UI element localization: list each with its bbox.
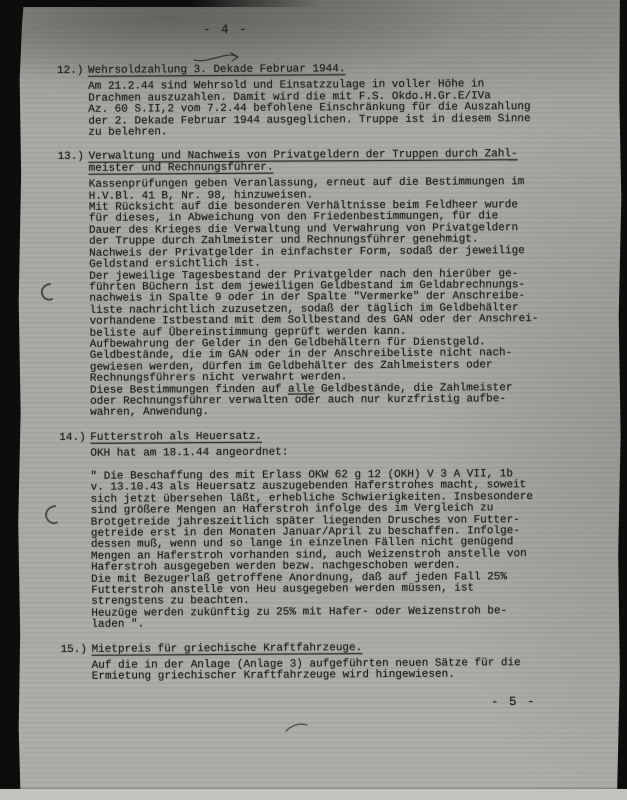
body-text-line: wahren, Anwendung. xyxy=(90,405,621,420)
item-heading: Wehrsoldzahlung 3. Dekade Februar 1944. xyxy=(88,63,619,78)
footer-pen-mark xyxy=(285,721,309,735)
scan-edge-top-bar xyxy=(20,0,335,7)
scan-edge-left xyxy=(0,0,24,792)
margin-paren-mark-2 xyxy=(43,504,60,526)
item-heading-line: Futterstroh als Heuersatz. xyxy=(90,429,621,444)
item-heading-line: Wehrsoldzahlung 3. Dekade Februar 1944. xyxy=(88,63,619,78)
item-number: 15.) xyxy=(61,644,87,656)
document-items: 12.)Wehrsoldzahlung 3. Dekade Februar 19… xyxy=(57,63,623,684)
document-item: 14.)Futterstroh als Heuersatz.OKH hat am… xyxy=(59,429,622,631)
document-item: 12.)Wehrsoldzahlung 3. Dekade Februar 19… xyxy=(57,63,619,140)
body-text-line: Ermietung griechischer Kraftfahrzeuge wi… xyxy=(92,669,623,684)
item-number: 12.) xyxy=(57,66,83,78)
document-item: 15.)Mietpreis für griechische Kraftfahrz… xyxy=(61,641,623,684)
document-item: 13.)Verwaltung und Nachweis von Privatge… xyxy=(58,149,622,420)
header-squiggle-mark xyxy=(193,50,245,66)
item-number: 14.) xyxy=(59,433,85,445)
document-body: 12.)Wehrsoldzahlung 3. Dekade Februar 19… xyxy=(57,63,623,684)
item-heading: Mietpreis für griechische Kraftfahrzeuge… xyxy=(92,641,623,656)
item-heading: Verwaltung und Nachweis von Privatgelder… xyxy=(89,149,620,175)
margin-paren-mark-1 xyxy=(39,282,55,302)
item-number: 13.) xyxy=(58,152,84,164)
scanned-document-page: - 4 - 12.)Wehrsoldzahlung 3. Dekade Febr… xyxy=(0,0,627,800)
scan-bottom-strip xyxy=(0,789,627,800)
item-heading: Futterstroh als Heuersatz. xyxy=(90,429,621,444)
item-heading-line: meister und Rechnungsführer. xyxy=(89,160,620,175)
footer-page-number: - 5 - xyxy=(491,695,536,709)
header-page-number: - 4 - xyxy=(203,23,248,37)
item-heading-line: Mietpreis für griechische Kraftfahrzeuge… xyxy=(92,641,623,656)
